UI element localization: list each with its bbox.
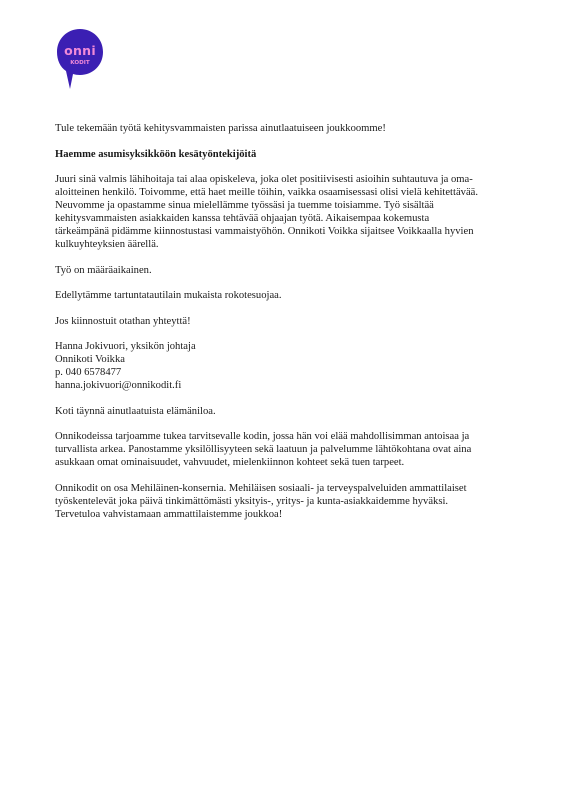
about-mehilainen-paragraph: Onnikodit on osa Mehiläinen-konsernia. M…	[55, 482, 515, 521]
contact-name-title: Hanna Jokivuori, yksikön johtaja	[55, 340, 515, 353]
contact-block: Hanna Jokivuori, yksikön johtaja Onnikot…	[55, 340, 515, 392]
intro-text: Tule tekemään työtä kehitysvammaisten pa…	[55, 122, 515, 135]
contact-email: hanna.jokivuori@onnikodit.fi	[55, 379, 515, 392]
fixed-term-note: Työ on määräaikainen.	[55, 264, 515, 277]
speech-bubble-logo-icon: onni KODIT	[56, 28, 104, 90]
text-line: aloitteinen henkilö. Toivomme, että haet…	[55, 186, 515, 199]
job-posting-document: Tule tekemään työtä kehitysvammaisten pa…	[55, 122, 515, 533]
text-line: turvallista arkea. Panostamme yksilöllis…	[55, 443, 515, 456]
about-onnikodit-paragraph: Onnikodeissa tarjoamme tukea tarvitseval…	[55, 430, 515, 469]
text-line: asukkaan omat ominaisuudet, vahvuudet, m…	[55, 456, 515, 469]
onni-kodit-logo: onni KODIT	[56, 28, 104, 90]
contact-unit: Onnikoti Voikka	[55, 353, 515, 366]
text-line: Neuvomme ja opastamme sinua mielellämme …	[55, 199, 515, 212]
posting-heading: Haemme asumisyksikköön kesätyöntekijöitä	[55, 148, 515, 161]
text-line: tärkeämpänä pidämme kiinnostustasi vamma…	[55, 225, 515, 238]
svg-text:KODIT: KODIT	[70, 60, 90, 66]
text-line: Juuri sinä valmis lähihoitaja tai alaa o…	[55, 173, 515, 186]
text-line: kehitysvammaisten asiakkaiden kanssa teh…	[55, 212, 515, 225]
text-line: Onnikodit on osa Mehiläinen-konsernia. M…	[55, 482, 515, 495]
text-line: Tervetuloa vahvistamaan ammattilaistemme…	[55, 508, 515, 521]
text-line: kulkuyhteyksien äärellä.	[55, 238, 515, 251]
vaccination-requirement: Edellytämme tartuntatautilain mukaista r…	[55, 289, 515, 302]
contact-phone: p. 040 6578477	[55, 366, 515, 379]
contact-prompt: Jos kiinnostuit otathan yhteyttä!	[55, 315, 515, 328]
description-paragraph: Juuri sinä valmis lähihoitaja tai alaa o…	[55, 173, 515, 251]
text-line: Onnikodeissa tarjoamme tukea tarvitseval…	[55, 430, 515, 443]
svg-text:onni: onni	[64, 43, 96, 58]
text-line: työskentelevät joka päivä tinkimättömäst…	[55, 495, 515, 508]
slogan-text: Koti täynnä ainutlaatuista elämäniloa.	[55, 405, 515, 418]
